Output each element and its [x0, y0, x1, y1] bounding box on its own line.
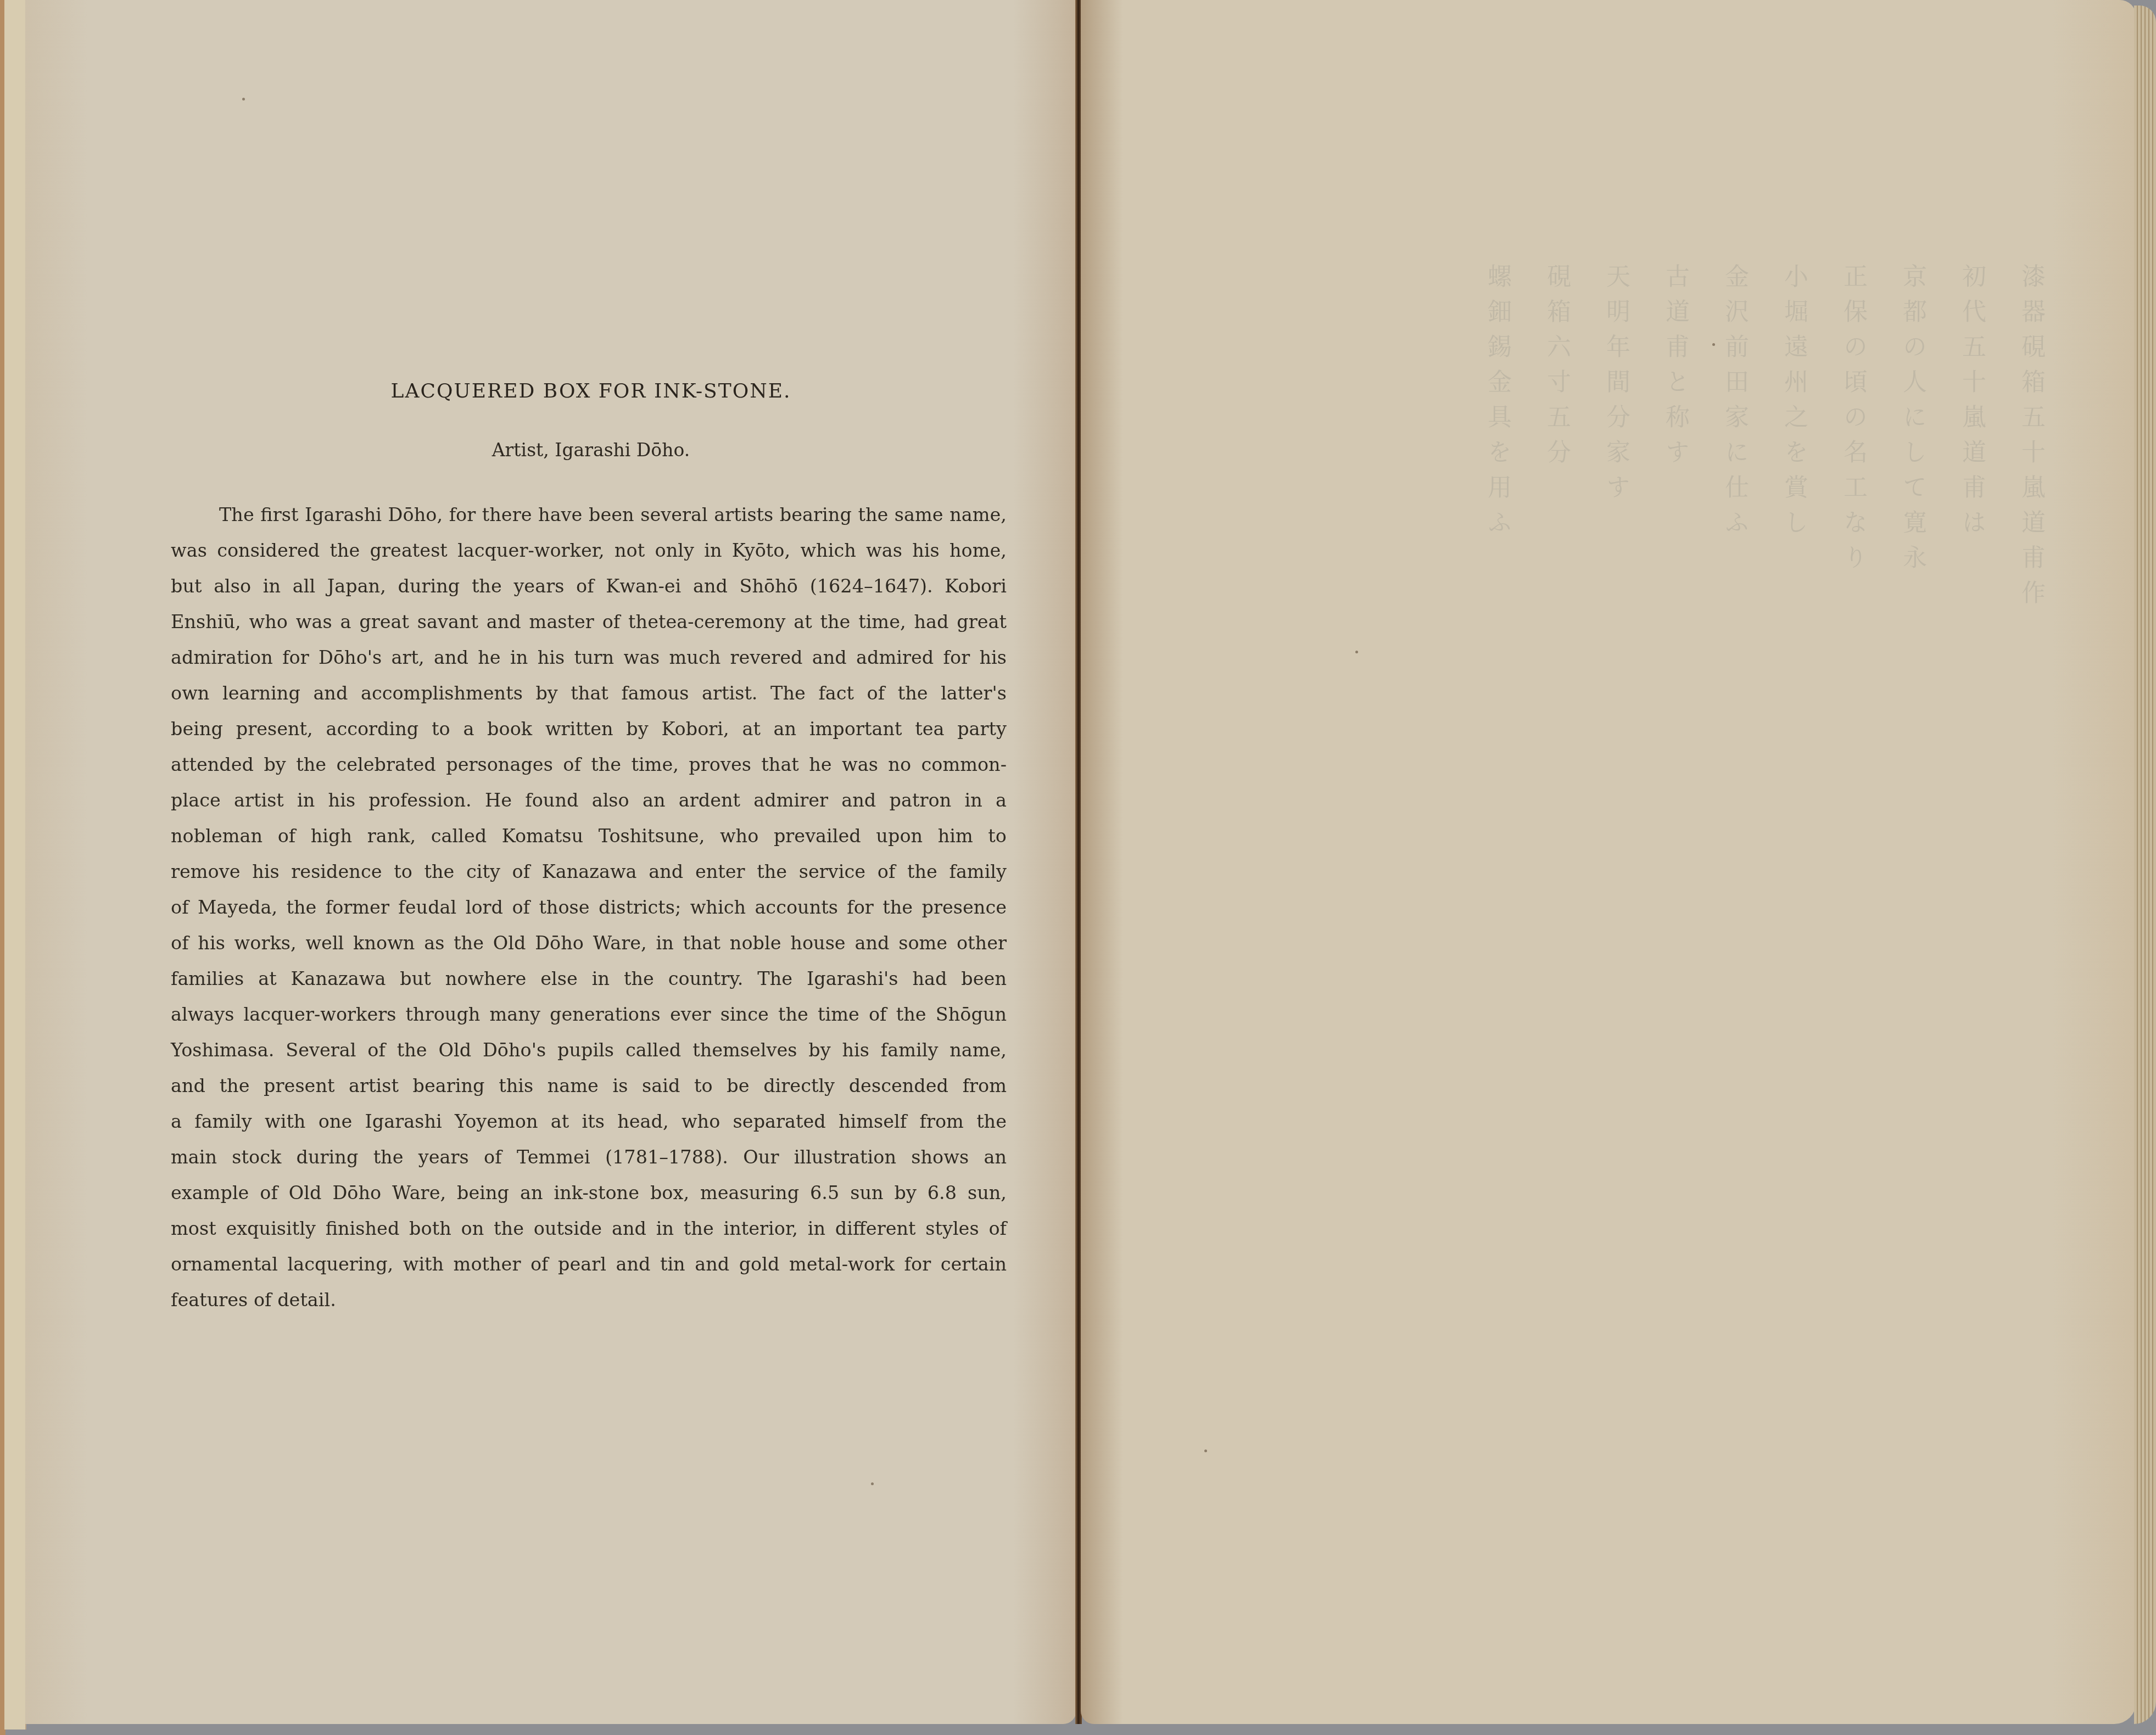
show-through-column: 金沢前田家に仕ふ — [1725, 264, 1752, 1526]
text-line: remove his residence to the city of Kana… — [171, 854, 1007, 889]
show-through-column: 京都の人にして寛永 — [1903, 264, 1930, 1526]
text-line: Yoshimasa. Several of the Old Dōho's pup… — [171, 1032, 1007, 1068]
text-line: of his works, well known as the Old Dōho… — [171, 925, 1007, 961]
book-spread: LACQUERED BOX FOR INK-STONE. Artist, Iga… — [0, 0, 2156, 1735]
text-line: families at Kanazawa but nowhere else in… — [171, 961, 1007, 997]
text-line: ornamental lacquering, with mother of pe… — [171, 1246, 1007, 1282]
text-line: place artist in his profession. He found… — [171, 782, 1007, 818]
show-through-column: 硯箱六寸五分 — [1548, 264, 1574, 1526]
show-through-column: 小堀遠州之を賞し — [1785, 264, 1811, 1526]
text-line: Enshiū, who was a great savant and maste… — [171, 604, 1007, 640]
show-through-column: 古道甫と称す — [1666, 264, 1693, 1526]
right-page: 漆器硯箱五十嵐道甫作 初代五十嵐道甫は 京都の人にして寛永 正保の頃の名工なり … — [1081, 0, 2136, 1724]
text-line: example of Old Dōho Ware, being an ink-s… — [171, 1175, 1007, 1211]
paper-speck — [1355, 651, 1358, 653]
show-through-column: 天明年間分家す — [1607, 264, 1633, 1526]
text-line: main stock during the years of Temmei (1… — [171, 1139, 1007, 1175]
show-through-column: 螺鈿錫金具を用ふ — [1488, 264, 1515, 1526]
body-paragraph: The first Igarashi Dōho, for there have … — [171, 497, 1007, 1318]
text-line: The first Igarashi Dōho, for there have … — [171, 497, 1007, 533]
paper-speck — [242, 98, 245, 100]
show-through-column: 初代五十嵐道甫は — [1963, 264, 1989, 1526]
text-line: attended by the celebrated personages of… — [171, 747, 1007, 782]
text-line: nobleman of high rank, called Komatsu To… — [171, 818, 1007, 854]
reverse-side-show-through: 漆器硯箱五十嵐道甫作 初代五十嵐道甫は 京都の人にして寛永 正保の頃の名工なり … — [1148, 264, 2048, 1526]
left-page: LACQUERED BOX FOR INK-STONE. Artist, Iga… — [25, 0, 1076, 1724]
text-line: and the present artist bearing this name… — [171, 1068, 1007, 1104]
paper-speck — [1204, 1449, 1207, 1452]
artist-subtitle: Artist, Igarashi Dōho. — [256, 439, 926, 461]
show-through-column: 正保の頃の名工なり — [1844, 264, 1870, 1526]
show-through-column: 漆器硯箱五十嵐道甫作 — [2022, 264, 2048, 1526]
text-line: most exquisitly finished both on the out… — [171, 1211, 1007, 1246]
paper-speck — [1712, 343, 1715, 346]
text-line: but also in all Japan, during the years … — [171, 568, 1007, 604]
text-line: being present, according to a book writt… — [171, 711, 1007, 747]
text-line: features of detail. — [171, 1282, 1007, 1318]
page-title: LACQUERED BOX FOR INK-STONE. — [256, 380, 926, 402]
text-line: own learning and accomplishments by that… — [171, 675, 1007, 711]
text-line: always lacquer-workers through many gene… — [171, 997, 1007, 1032]
stacked-page-edges — [2134, 5, 2156, 1724]
text-line: a family with one Igarashi Yoyemon at it… — [171, 1104, 1007, 1139]
text-line: admiration for Dōho's art, and he in his… — [171, 640, 1007, 675]
left-page-edge-strip — [4, 0, 26, 1730]
text-line: of Mayeda, the former feudal lord of tho… — [171, 889, 1007, 925]
paper-speck — [871, 1482, 874, 1485]
text-line: was considered the greatest lacquer-work… — [171, 533, 1007, 568]
